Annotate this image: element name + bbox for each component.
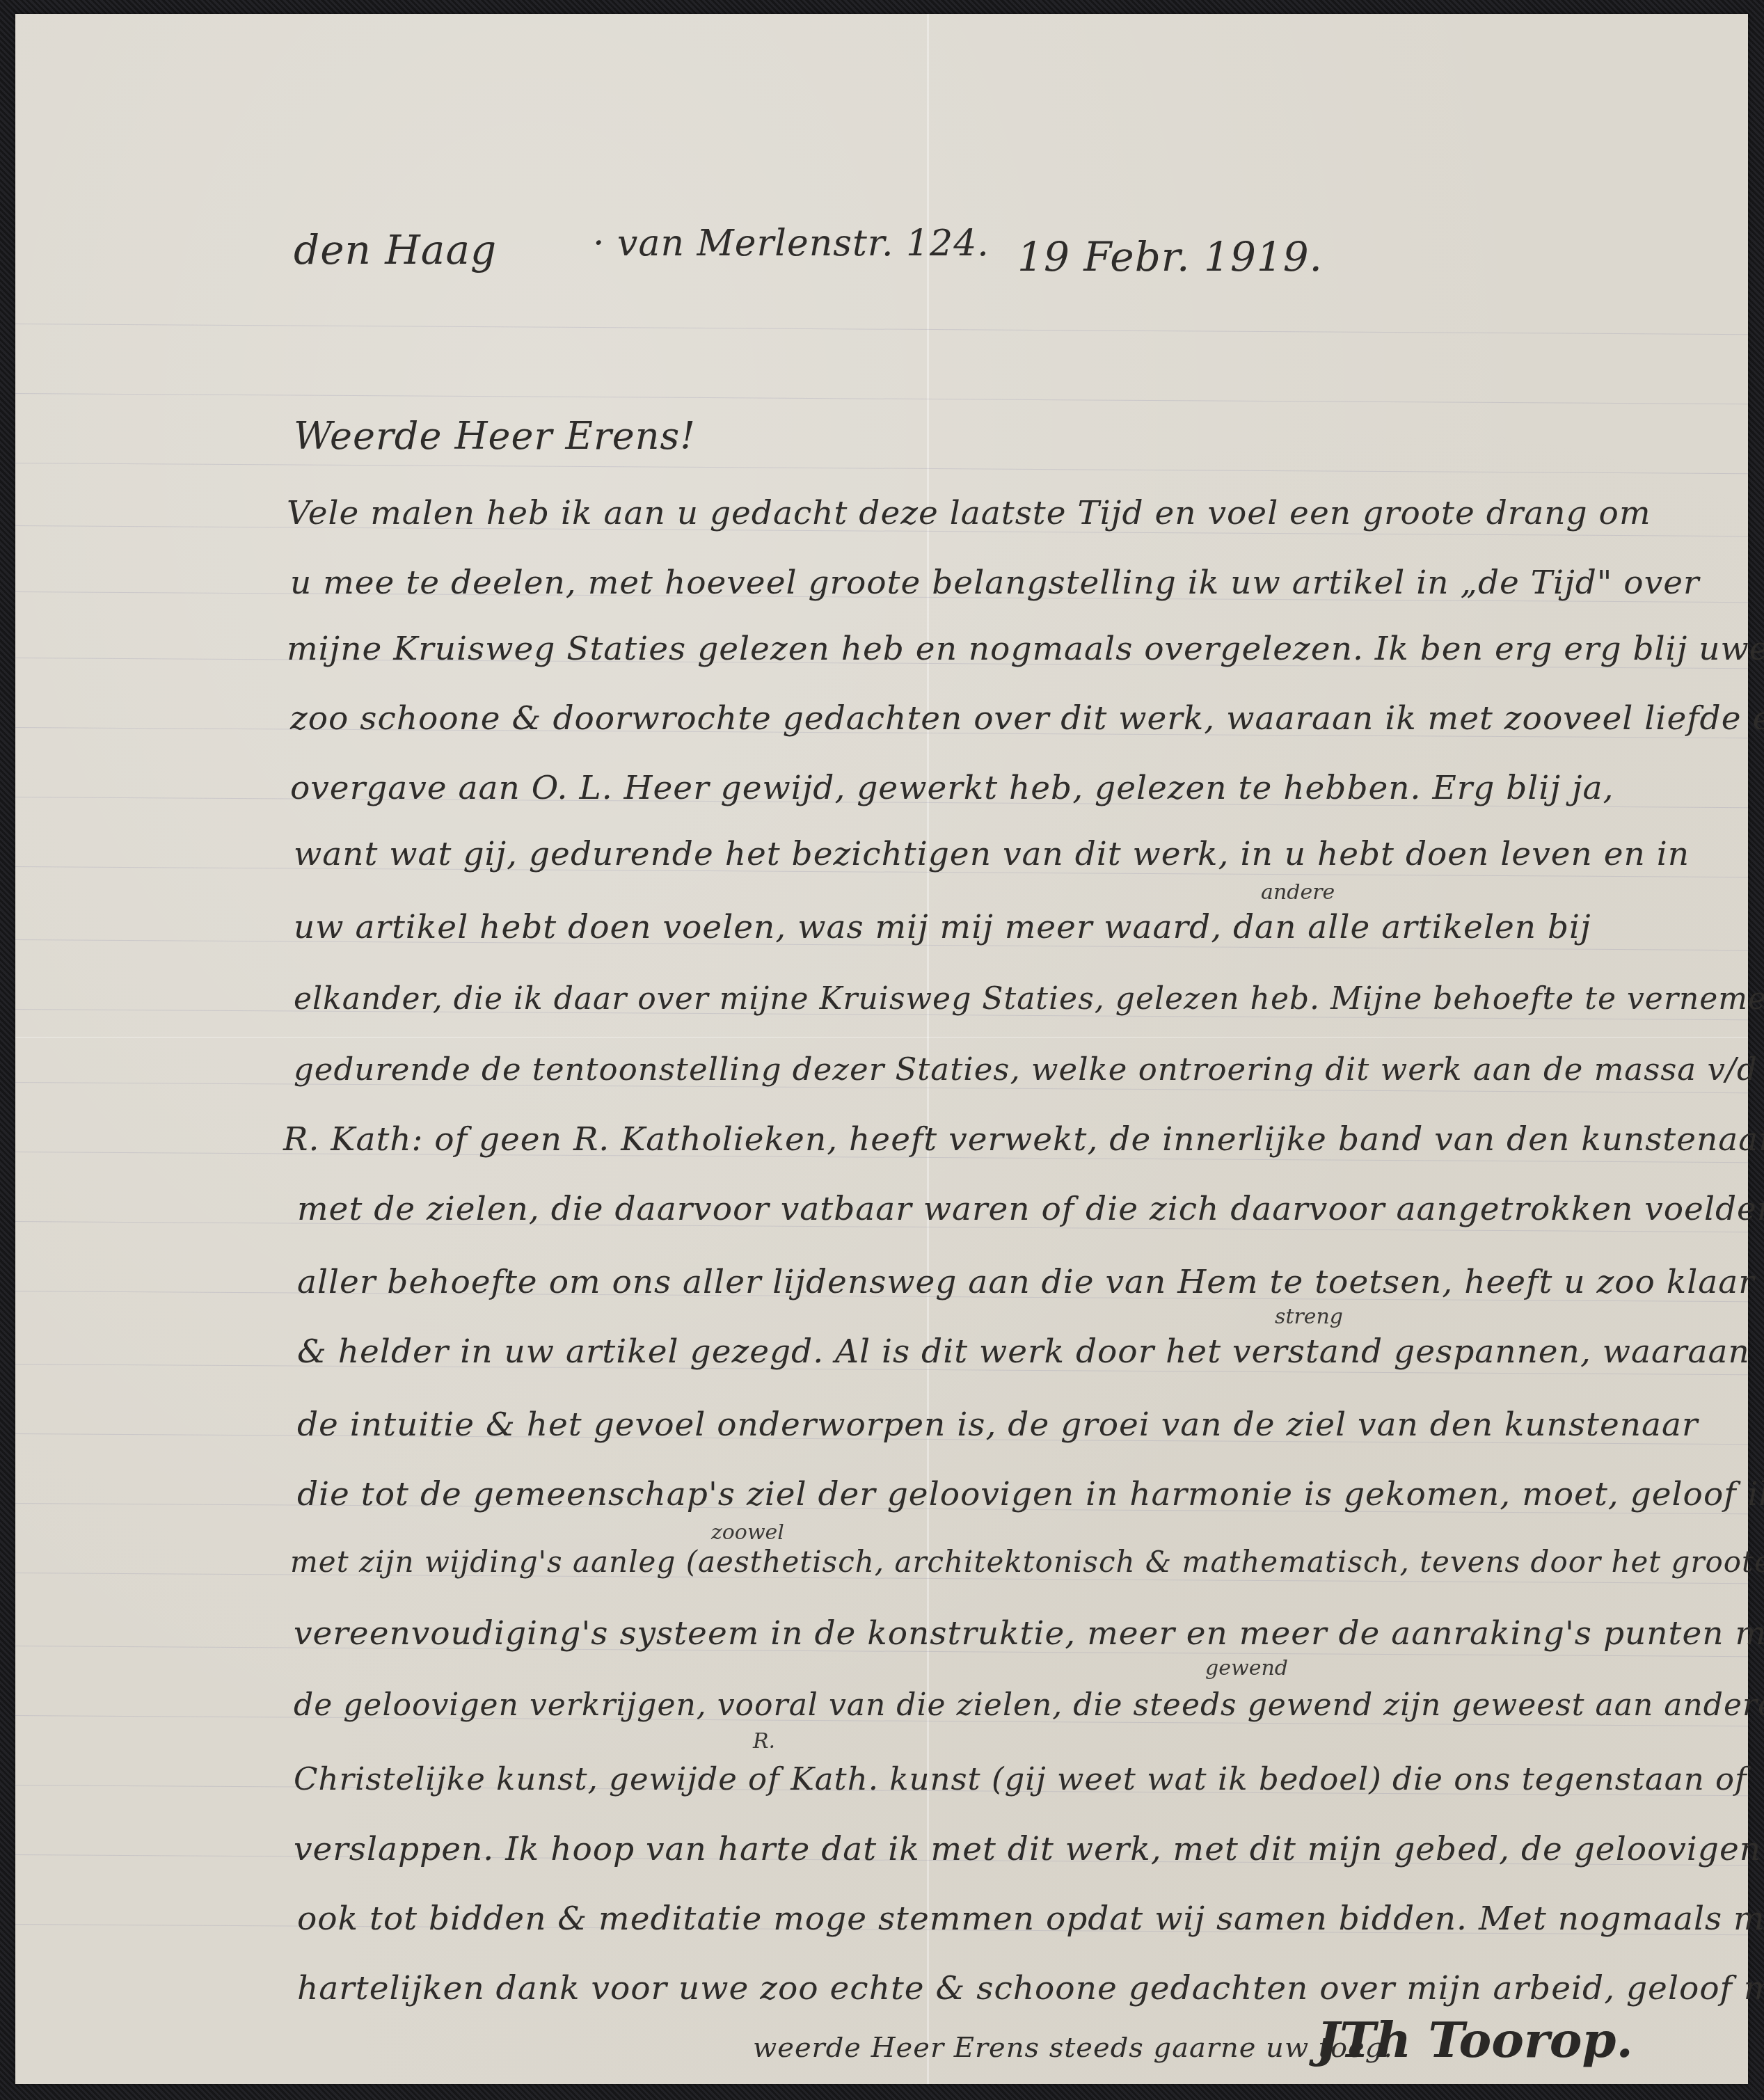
letter-date: 19 Febr. 1919.	[1017, 233, 1323, 280]
interlinear-insertion: gewend	[1205, 1656, 1288, 1680]
letter-salutation: Weerde Heer Erens!	[294, 414, 696, 458]
letter-address: · van Merlenstr. 124.	[593, 223, 990, 264]
body-line: de intuitie & het gevoel onderworpen is,…	[297, 1406, 1699, 1444]
body-line: de geloovigen verkrijgen, vooral van die…	[294, 1687, 1764, 1723]
interlinear-insertion: streng	[1275, 1305, 1343, 1329]
ruled-line	[15, 324, 1748, 335]
body-line: met zijn wijding's aanleg (aesthetisch, …	[290, 1545, 1764, 1579]
body-line: u mee te deelen, met hoeveel groote bela…	[290, 564, 1699, 602]
body-line: hartelijken dank voor uwe zoo echte & sc…	[297, 1969, 1764, 2007]
body-line: want wat gij, gedurende het bezichtigen …	[294, 835, 1690, 873]
letter-sheet: den Haag · van Merlenstr. 124. 19 Febr. …	[15, 14, 1748, 2084]
paper-fold-horizontal	[15, 1037, 1748, 1038]
body-line: gedurende de tentoonstelling dezer Stati…	[294, 1051, 1758, 1088]
body-line: met de zielen, die daarvoor vatbaar ware…	[297, 1190, 1764, 1228]
interlinear-insertion: zoowel	[711, 1520, 784, 1545]
body-line: elkander, die ik daar over mijne Kruiswe…	[294, 981, 1764, 1017]
letter-place: den Haag	[294, 226, 497, 273]
letter-closing: weerde Heer Erens steeds gaarne uw toeg.	[753, 2032, 1393, 2064]
body-line: overgave aan O. L. Heer gewijd, gewerkt …	[290, 769, 1614, 807]
body-line: Christelijke kunst, gewijde of Kath. kun…	[294, 1760, 1747, 1797]
ruled-line	[15, 463, 1748, 474]
interlinear-insertion: andere	[1261, 880, 1335, 905]
body-line: ook tot bidden & meditatie moge stemmen …	[297, 1900, 1764, 1938]
body-line: aller behoefte om ons aller lijdensweg a…	[297, 1263, 1755, 1301]
ruled-line	[15, 393, 1748, 404]
body-line: R. Kath: of geen R. Katholieken, heeft v…	[283, 1120, 1764, 1159]
body-line: zoo schoone & doorwrochte gedachten over…	[290, 699, 1764, 738]
body-line: verslappen. Ik hoop van harte dat ik met…	[294, 1830, 1761, 1868]
letter-signature: JTh Toorop.	[1317, 2011, 1633, 2069]
body-line: Vele malen heb ik aan u gedacht deze laa…	[287, 494, 1651, 532]
interlinear-insertion: R.	[753, 1729, 775, 1753]
body-line: die tot de gemeenschap's ziel der geloov…	[297, 1475, 1764, 1513]
body-line: uw artikel hebt doen voelen, was mij mij…	[294, 908, 1591, 946]
body-line: & helder in uw artikel gezegd. Al is dit…	[297, 1333, 1750, 1371]
body-line: mijne Kruisweg Staties gelezen heb en no…	[287, 630, 1764, 668]
body-line: vereenvoudiging's systeem in de konstruk…	[294, 1614, 1764, 1653]
